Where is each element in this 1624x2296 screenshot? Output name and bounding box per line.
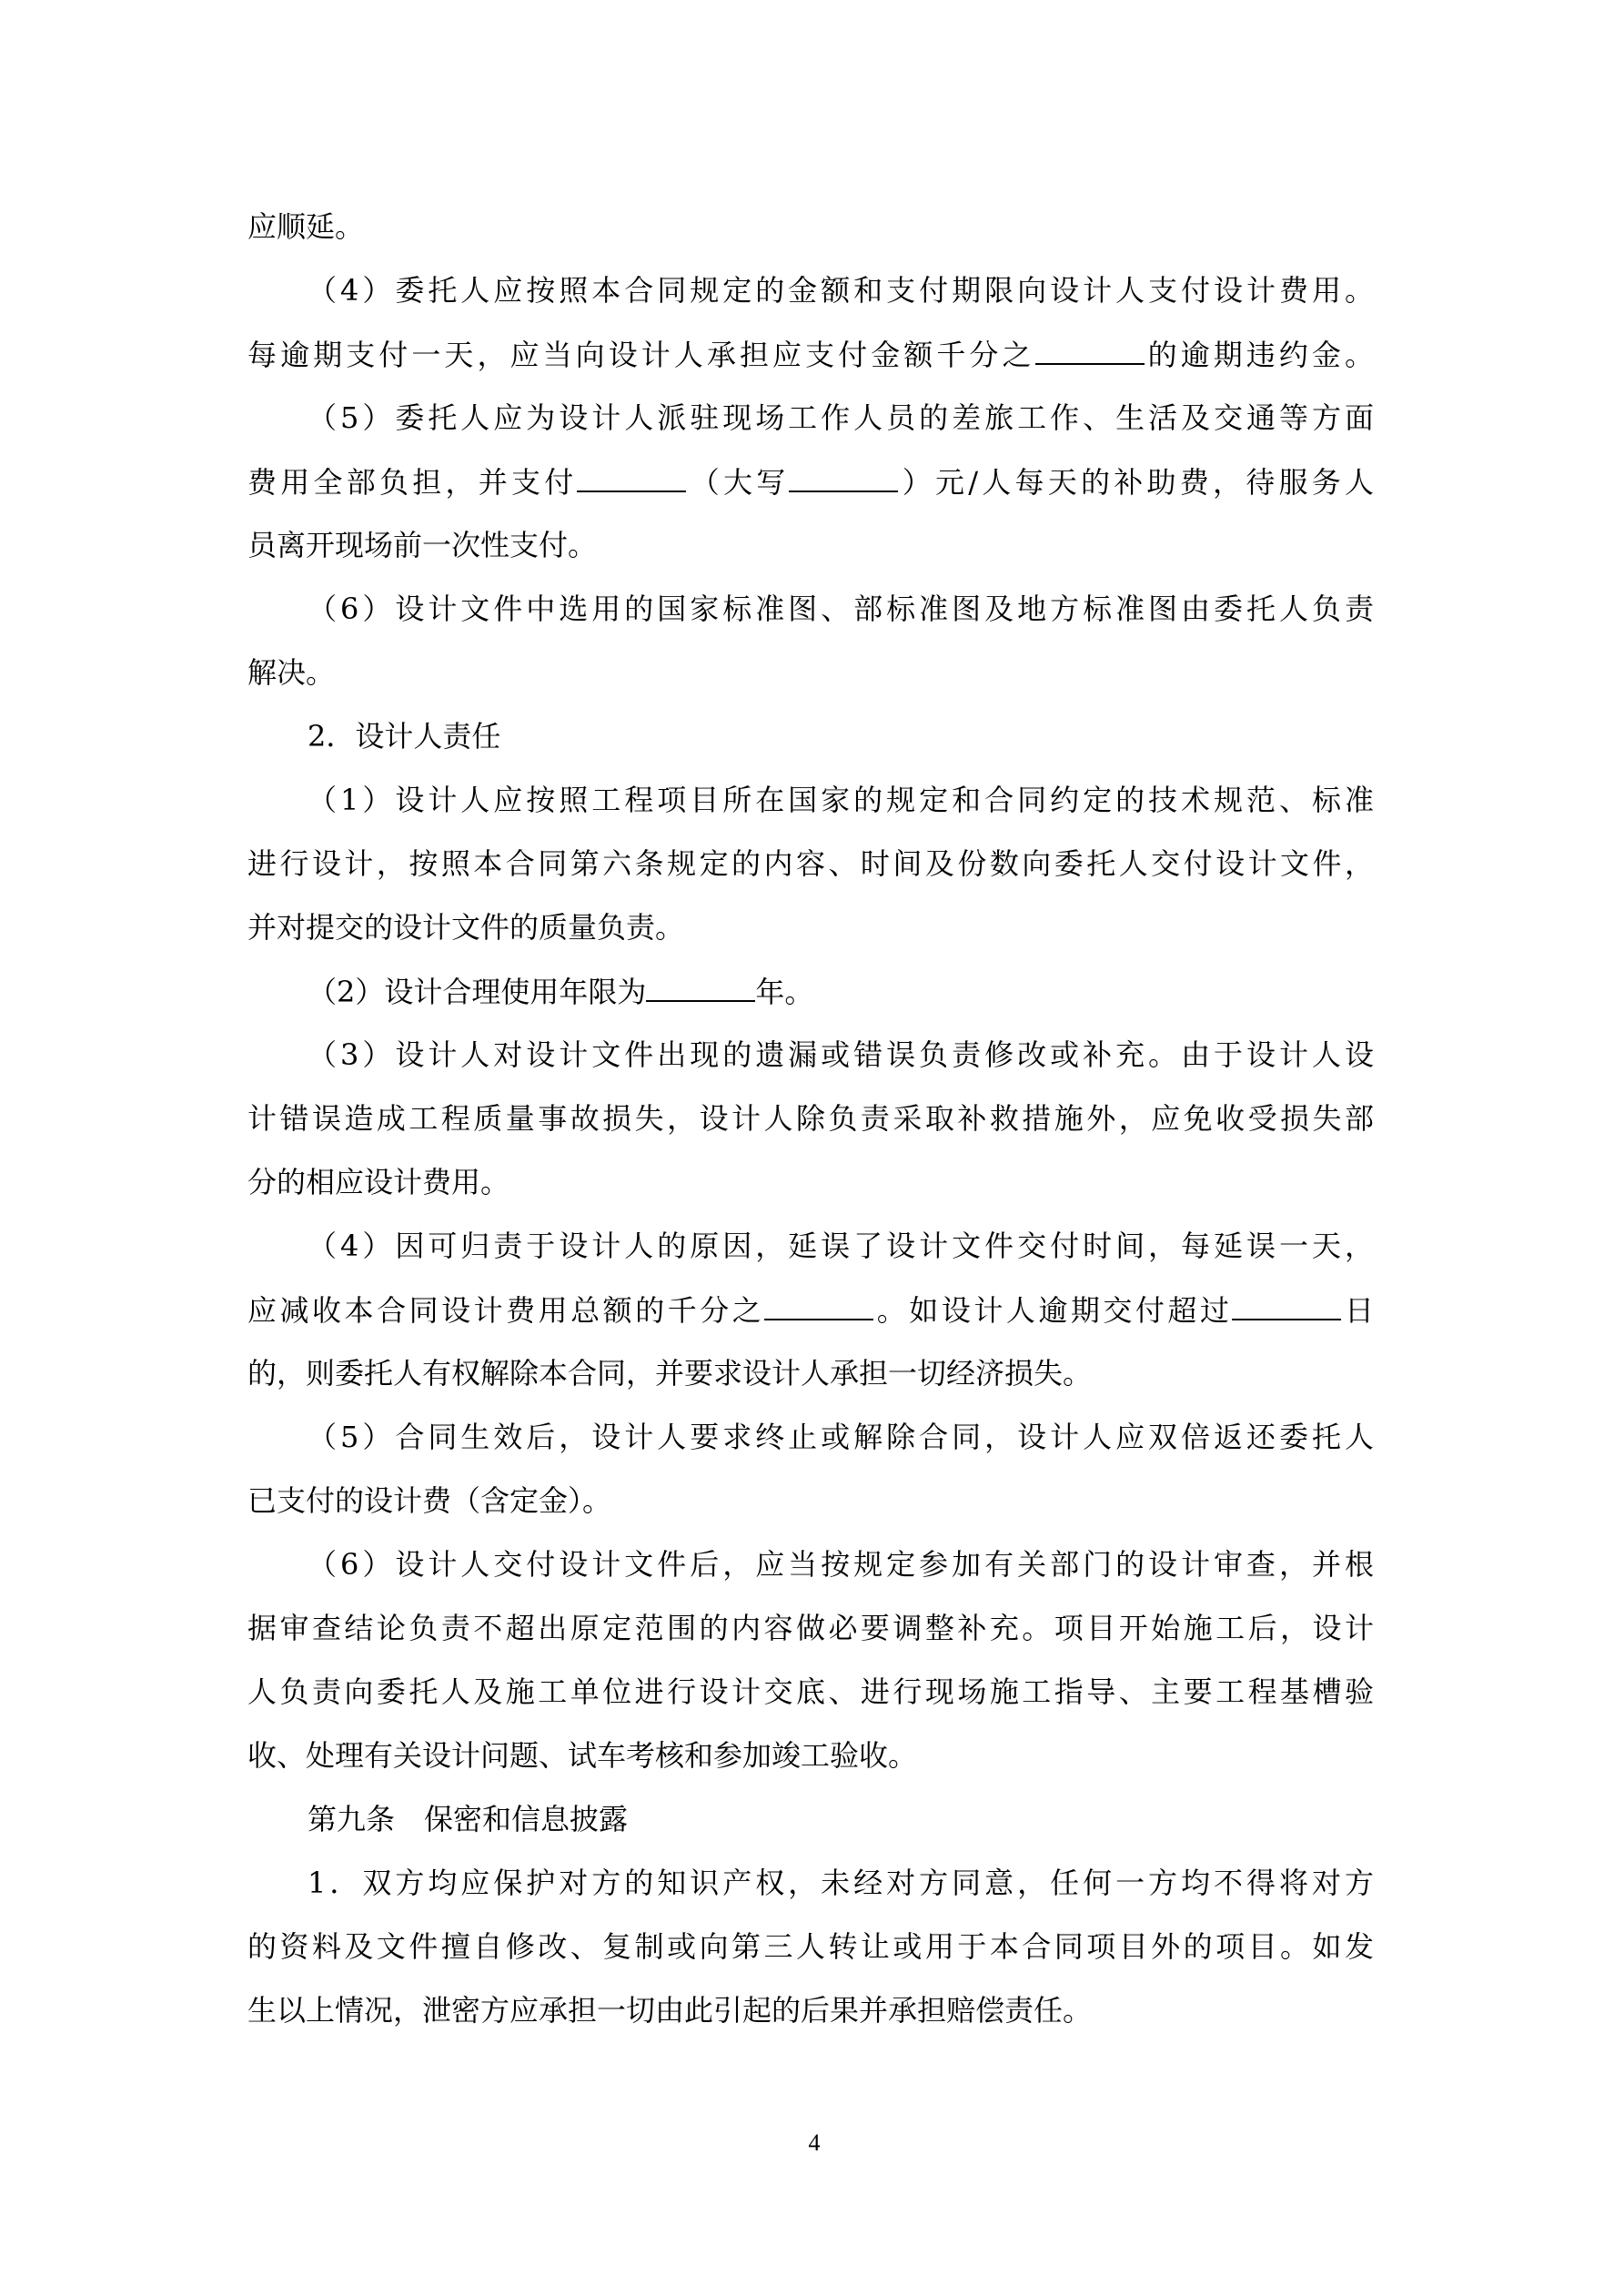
fill-in-blank[interactable] bbox=[1232, 1291, 1341, 1320]
text-line: （6）设计文件中选用的国家标准图、部标准图及地方标准图由委托人负责 bbox=[308, 591, 1374, 627]
text-line: 计错误造成工程质量事故损失，设计人除负责采取补救措施外，应免收受损失部 bbox=[247, 1100, 1374, 1137]
fill-in-blank[interactable] bbox=[577, 463, 686, 492]
text-line: （6）设计人交付设计文件后，应当按规定参加有关部门的设计审查，并根 bbox=[308, 1546, 1374, 1583]
text-line: 已支付的设计费（含定金）。 bbox=[247, 1482, 1374, 1519]
page-number: 4 bbox=[801, 2129, 828, 2157]
text-segment: （2）设计合理使用年限为 bbox=[308, 975, 646, 1009]
fill-in-blank[interactable] bbox=[789, 463, 898, 492]
text-line: 进行设计，按照本合同第六条规定的内容、时间及份数向委托人交付设计文件， bbox=[247, 845, 1374, 882]
text-line: 分的相应设计费用。 bbox=[247, 1164, 1374, 1200]
text-line: 的资料及文件擅自修改、复制或向第三人转让或用于本合同项目外的项目。如发 bbox=[247, 1928, 1374, 1965]
text-line: （5）合同生效后，设计人要求终止或解除合同，设计人应双倍返还委托人 bbox=[308, 1419, 1374, 1455]
text-line: 应减收本合同设计费用总额的千分之。如设计人逾期交付超过日 bbox=[247, 1291, 1374, 1328]
text-line: （4）委托人应按照本合同规定的金额和支付期限向设计人支付设计费用。 bbox=[308, 272, 1374, 308]
text-line: 解决。 bbox=[247, 654, 1374, 691]
text-line: 人负责向委托人及施工单位进行设计交底、进行现场施工指导、主要工程基槽验 bbox=[247, 1674, 1374, 1710]
text-line: （2）设计合理使用年限为年。 bbox=[308, 973, 1374, 1009]
text-segment: 。如设计人逾期交付超过 bbox=[873, 1293, 1232, 1328]
text-line: （5）委托人应为设计人派驻现场工作人员的差旅工作、生活及交通等方面 bbox=[308, 400, 1374, 436]
fill-in-blank[interactable] bbox=[646, 973, 755, 1002]
fill-in-blank[interactable] bbox=[1035, 336, 1145, 365]
text-segment: 每逾期支付一天，应当向设计人承担应支付金额千分之 bbox=[247, 338, 1035, 372]
text-segment: 费用全部负担，并支付 bbox=[247, 465, 577, 500]
text-line: 生以上情况，泄密方应承担一切由此引起的后果并承担赔偿责任。 bbox=[247, 1992, 1374, 2028]
text-line: （4）因可归责于设计人的原因，延误了设计文件交付时间，每延误一天， bbox=[308, 1228, 1374, 1264]
text-line: 2．设计人责任 bbox=[308, 718, 1374, 754]
text-line: 费用全部负担，并支付（大写）元/人每天的补助费，待服务人 bbox=[247, 463, 1374, 500]
text-line: 第九条 保密和信息披露 bbox=[308, 1801, 1374, 1837]
text-line: 收、处理有关设计问题、试车考核和参加竣工验收。 bbox=[247, 1737, 1374, 1774]
text-line: 1．双方均应保护对方的知识产权，未经对方同意，任何一方均不得将对方 bbox=[308, 1865, 1374, 1901]
document-page: 应顺延。（4）委托人应按照本合同规定的金额和支付期限向设计人支付设计费用。每逾期… bbox=[0, 0, 1624, 2296]
text-line: 应顺延。 bbox=[247, 208, 1374, 245]
text-segment: ）元/人每天的补助费，待服务人 bbox=[898, 465, 1374, 500]
text-line: （3）设计人对设计文件出现的遗漏或错误负责修改或补充。由于设计人设 bbox=[308, 1037, 1374, 1073]
text-line: 的，则委托人有权解除本合同，并要求设计人承担一切经济损失。 bbox=[247, 1355, 1374, 1391]
text-segment: 应减收本合同设计费用总额的千分之 bbox=[247, 1293, 764, 1328]
text-line: 并对提交的设计文件的质量负责。 bbox=[247, 909, 1374, 946]
text-segment: （大写 bbox=[686, 465, 789, 500]
fill-in-blank[interactable] bbox=[764, 1291, 873, 1320]
text-line: 每逾期支付一天，应当向设计人承担应支付金额千分之的逾期违约金。 bbox=[247, 336, 1374, 372]
text-line: 员离开现场前一次性支付。 bbox=[247, 527, 1374, 563]
text-line: （1）设计人应按照工程项目所在国家的规定和合同约定的技术规范、标准 bbox=[308, 782, 1374, 818]
text-segment: 年。 bbox=[755, 975, 813, 1009]
text-segment: 的逾期违约金。 bbox=[1145, 338, 1374, 372]
text-segment: 日 bbox=[1341, 1293, 1374, 1328]
text-line: 据审查结论负责不超出原定范围的内容做必要调整补充。项目开始施工后，设计 bbox=[247, 1610, 1374, 1646]
